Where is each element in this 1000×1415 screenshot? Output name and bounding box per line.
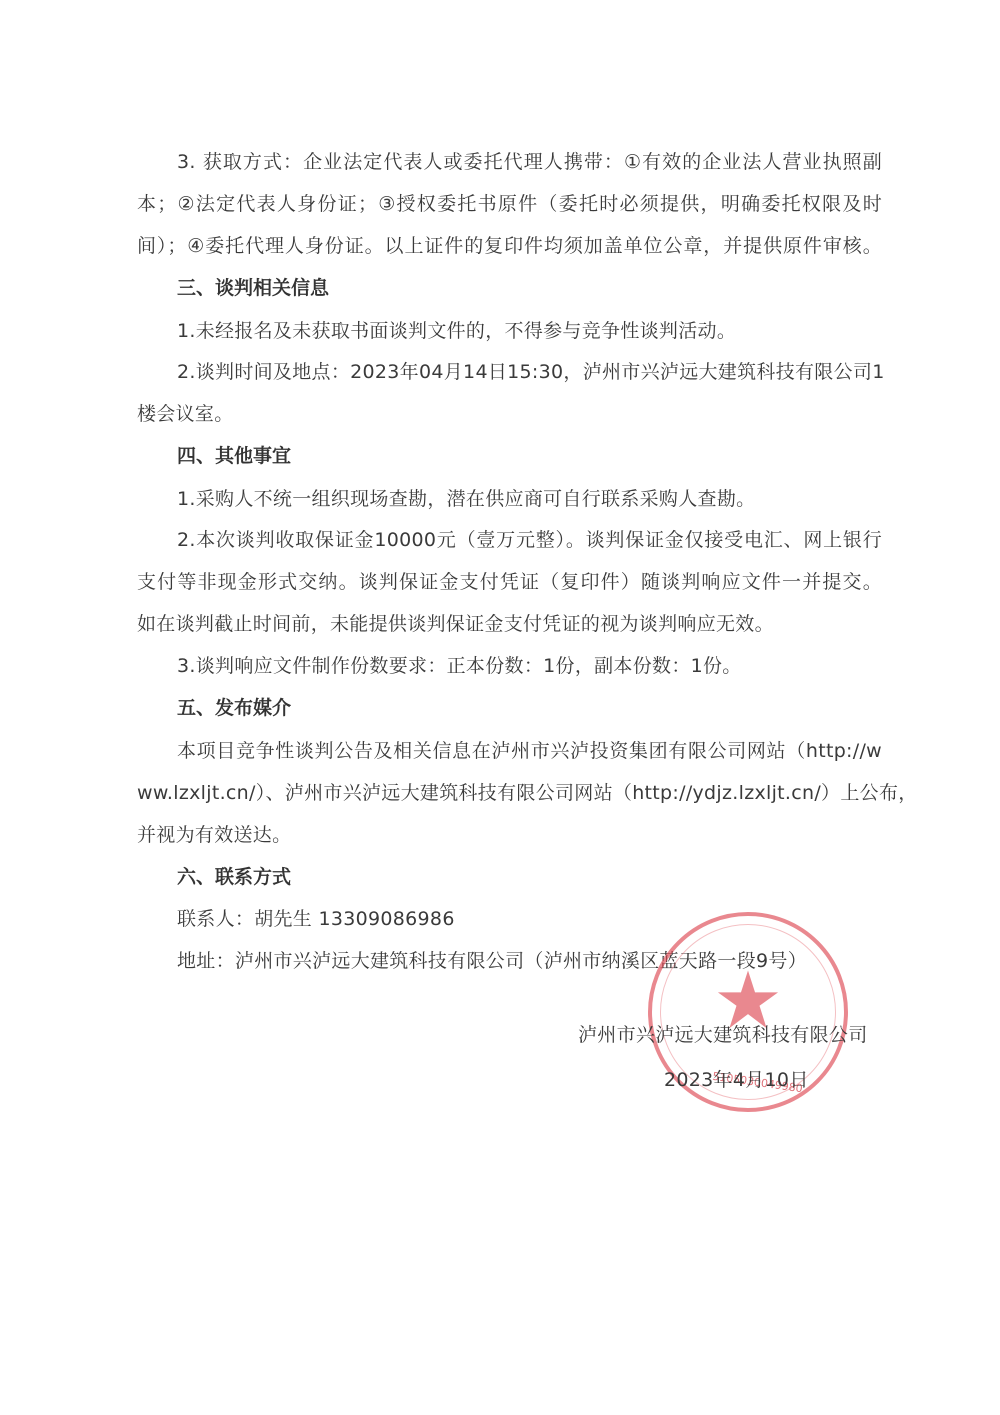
section-heading: 六、联系方式 — [177, 862, 291, 889]
paragraph-line: 支付等非现金形式交纳。谈判保证金支付凭证（复印件）随谈判响应文件一并提交。 — [137, 567, 882, 594]
document-page: 3. 获取方式：企业法定代表人或委托代理人携带：①有效的企业法人营业执照副 本；… — [0, 0, 1000, 1415]
paragraph-line: 1.未经报名及未获取书面谈判文件的，不得参与竞争性谈判活动。 — [177, 316, 736, 343]
paragraph-line: ww.lzxljt.cn/）、泸州市兴泸远大建筑科技有限公司网站（http://… — [137, 778, 887, 805]
paragraph-line: 1.采购人不统一组织现场查勘，潜在供应商可自行联系采购人查勘。 — [177, 484, 755, 511]
paragraph-line: 3. 获取方式：企业法定代表人或委托代理人携带：①有效的企业法人营业执照副 — [177, 147, 882, 174]
signature-company: 泸州市兴泸远大建筑科技有限公司 — [578, 1020, 868, 1047]
section-heading: 五、发布媒介 — [177, 693, 291, 720]
paragraph-line: 间）；④委托代理人身份证。以上证件的复印件均须加盖单位公章，并提供原件审核。 — [137, 231, 882, 258]
paragraph-line: 2.本次谈判收取保证金10000元（壹万元整）。谈判保证金仅接受电汇、网上银行 — [177, 525, 882, 552]
paragraph-line: 2.谈判时间及地点：2023年04月14日15:30，泸州市兴泸远大建筑科技有限… — [177, 357, 882, 384]
paragraph-line: 3.谈判响应文件制作份数要求：正本份数：1份，副本份数：1份。 — [177, 651, 742, 678]
paragraph-line: 并视为有效送达。 — [137, 820, 291, 847]
contact-person: 联系人：胡先生 13309086986 — [177, 904, 455, 931]
section-heading: 三、谈判相关信息 — [177, 273, 329, 300]
paragraph-line: 本；②法定代表人身份证；③授权委托书原件（委托时必须提供，明确委托权限及时 — [137, 189, 882, 216]
paragraph-line: 如在谈判截止时间前，未能提供谈判保证金支付凭证的视为谈判响应无效。 — [137, 609, 774, 636]
section-heading: 四、其他事宜 — [177, 441, 291, 468]
paragraph-line: 楼会议室。 — [137, 399, 234, 426]
paragraph-line: 本项目竞争性谈判公告及相关信息在泸州市兴泸投资集团有限公司网站（http://w — [177, 736, 882, 763]
signature-date: 2023年4月10日 — [664, 1065, 809, 1092]
